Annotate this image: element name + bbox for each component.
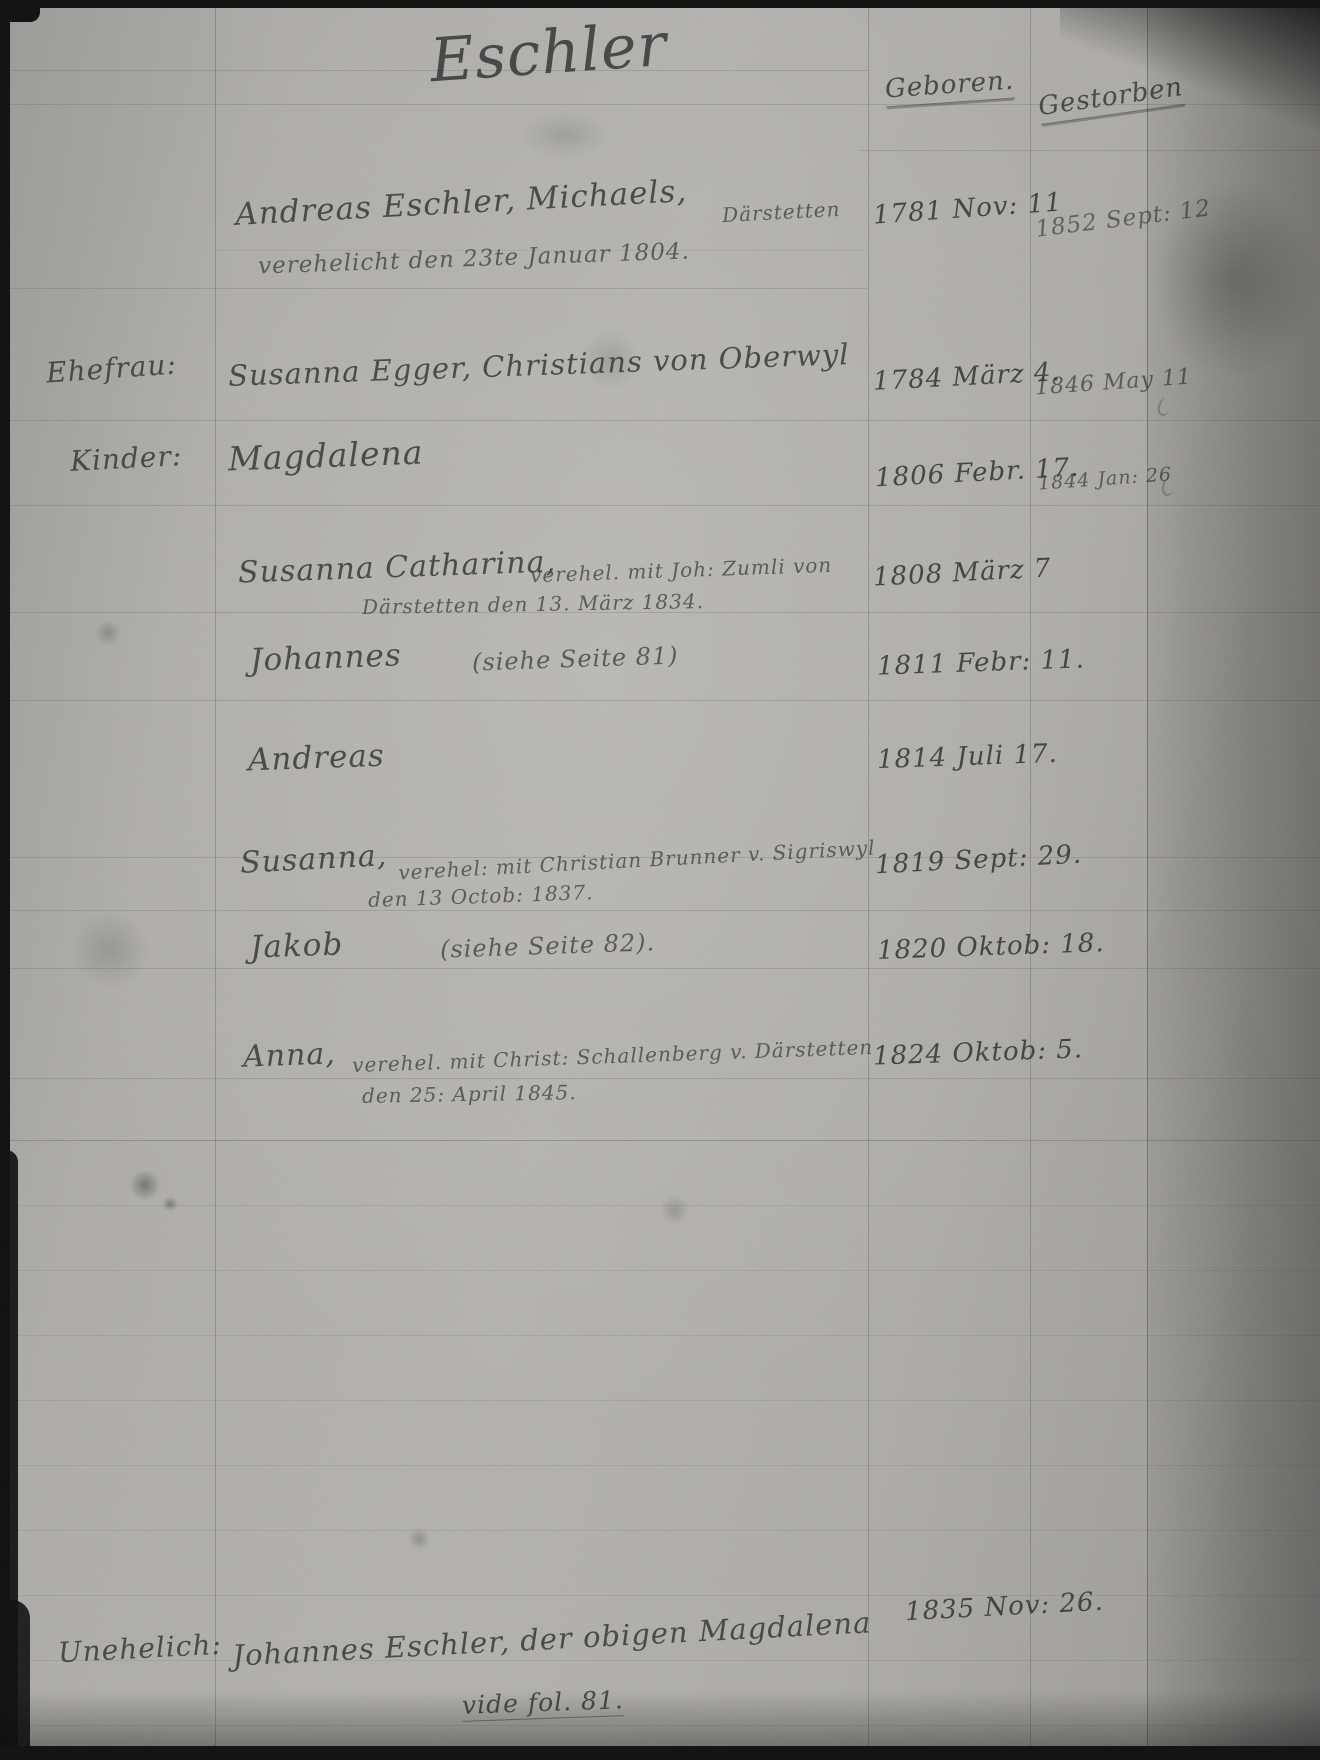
ruled-line — [0, 700, 1320, 701]
entry-name: Andreas Eschler, Michaels, — [234, 173, 688, 233]
entry-born-date: 1808 März 7 — [872, 553, 1052, 592]
entry-margin-label: Ehefrau: — [45, 347, 178, 389]
entry-born-date: 1811 Febr: 11. — [877, 644, 1086, 681]
ruled-line — [0, 910, 1320, 911]
ruled-line — [0, 1078, 1320, 1079]
scan-edge-top — [0, 0, 1320, 8]
ruled-line — [0, 288, 868, 289]
entry-detail: verehel: mit Christian Brunner v. Sigris… — [398, 836, 876, 885]
page-bleed-mark — [1156, 397, 1172, 417]
scan-edge-bottom — [0, 1746, 1320, 1760]
stain — [95, 620, 121, 646]
entry-born-date: 1824 Oktob: 5. — [873, 1034, 1084, 1071]
entry-born-date: 1814 Juli 17. — [877, 739, 1059, 775]
entry-detail: Därstetten — [721, 197, 841, 227]
stain — [70, 910, 150, 990]
entry-name: Susanna Catharina, — [237, 544, 556, 590]
entry-name: Andreas — [247, 738, 385, 779]
entry-note: Därstetten den 13. März 1834. — [362, 589, 704, 619]
scan-edge-top-right — [1060, 0, 1320, 150]
ruled-line — [860, 150, 1320, 151]
entry-note: vide fol. 81. — [462, 1685, 625, 1722]
ruled-line — [0, 968, 1320, 969]
ruled-line — [0, 505, 1320, 506]
entry-note: den 25: April 1845. — [362, 1080, 577, 1108]
scan-edge-top-left-corner — [0, 0, 40, 22]
entry-detail: (siehe Seite 82). — [440, 928, 656, 963]
entry-born-date: 1784 März 4. — [872, 357, 1061, 397]
entry-detail: (siehe Seite 81) — [472, 641, 679, 676]
register-page-scan: Eschler Geboren. Gestorben Andreas Eschl… — [0, 0, 1320, 1760]
scan-edge-left-corner — [0, 1600, 30, 1760]
entry-name: Magdalena — [227, 433, 424, 479]
entry-name: Susanna Egger, Christians von Oberwyl — [228, 337, 850, 393]
entry-born-date: 1820 Oktob: 18. — [877, 928, 1106, 966]
entry-note: den 13 Octob: 1837. — [368, 880, 594, 912]
entry-name: Jakob — [249, 926, 343, 965]
entry-margin-label: Kinder: — [69, 439, 183, 478]
stain — [520, 110, 610, 160]
ruled-line — [0, 420, 1320, 421]
entry-born-date: 1819 Sept: 29. — [874, 840, 1082, 881]
page-title: Eschler — [428, 10, 670, 96]
entry-note: verehelicht den 23te Januar 1804. — [258, 238, 691, 279]
entry-detail: verehel. mit Christ: Schallenberg v. Där… — [352, 1035, 874, 1077]
entry-name: Johannes — [249, 637, 402, 678]
entry-name: Anna, — [242, 1036, 336, 1074]
died-column-header: Gestorben — [1036, 72, 1185, 125]
entry-name: Susanna, — [239, 838, 388, 881]
entry-detail: verehel. mit Joh: Zumli von — [530, 553, 833, 588]
born-column-header: Geboren. — [884, 66, 1015, 108]
